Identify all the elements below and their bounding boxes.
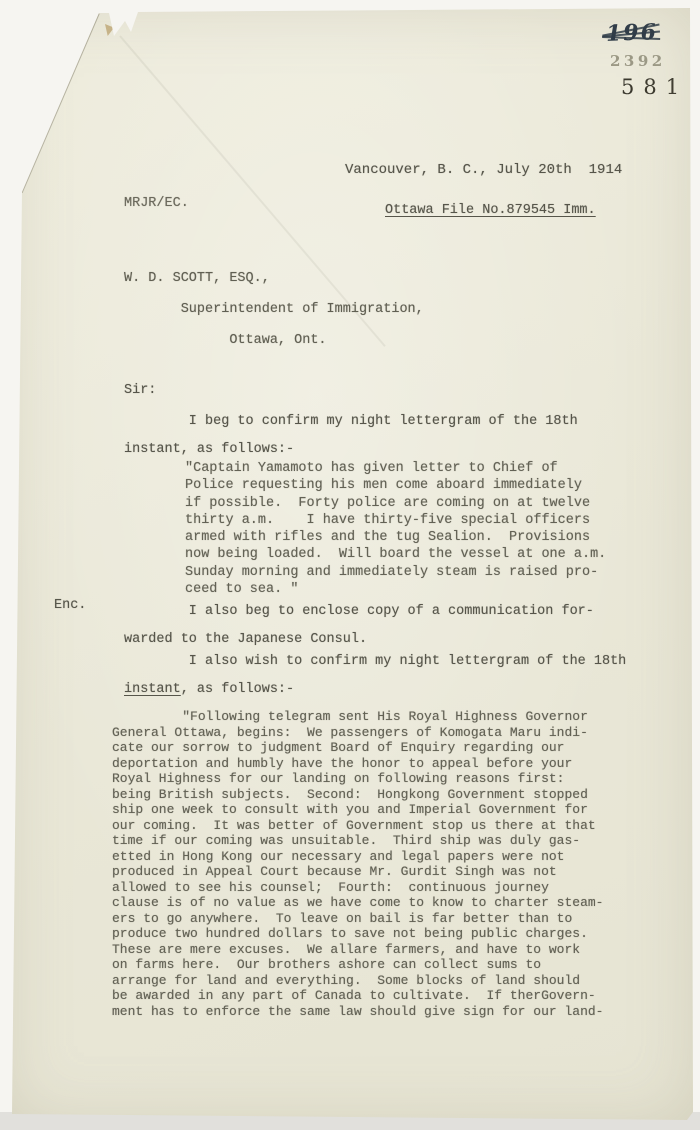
recipient-address: W. D. SCOTT, ESQ., Superintendent of Imm… (124, 263, 424, 356)
enclosure-note: Enc. (54, 598, 86, 613)
ottawa-file-number: Ottawa File No.879545 Imm. (385, 203, 596, 218)
dateline: Vancouver, B. C., July 20th 1914 (345, 162, 622, 178)
crossed-out-number: 196 (606, 19, 659, 47)
line2-rest: , as follows:- (181, 682, 294, 697)
letter-page: 196 2392 581 Vancouver, B. C., July 20th… (0, 0, 700, 1130)
underlined-word: instant (124, 682, 181, 697)
body-paragraph-3-line2: instant, as follows:- (124, 682, 294, 697)
body-paragraph-2: I also beg to enclose copy of a communic… (124, 598, 594, 654)
quoted-lettergram-2: "Following telegram sent His Royal Highn… (112, 709, 603, 1019)
file-number-stamp: 2392 (610, 52, 666, 70)
quoted-lettergram-1: "Captain Yamamoto has given letter to Ch… (185, 460, 606, 598)
tear-mark (105, 24, 114, 36)
salutation: Sir: (124, 383, 156, 398)
reference-initials: MRJR/EC. (124, 196, 189, 211)
page-number-stamp: 581 (621, 75, 688, 99)
fold-crease-line (21, 13, 100, 193)
body-paragraph-3-line1: I also wish to confirm my night lettergr… (124, 654, 626, 669)
body-paragraph-1: I beg to confirm my night lettergram of … (124, 408, 578, 464)
folded-corner (0, 0, 120, 200)
